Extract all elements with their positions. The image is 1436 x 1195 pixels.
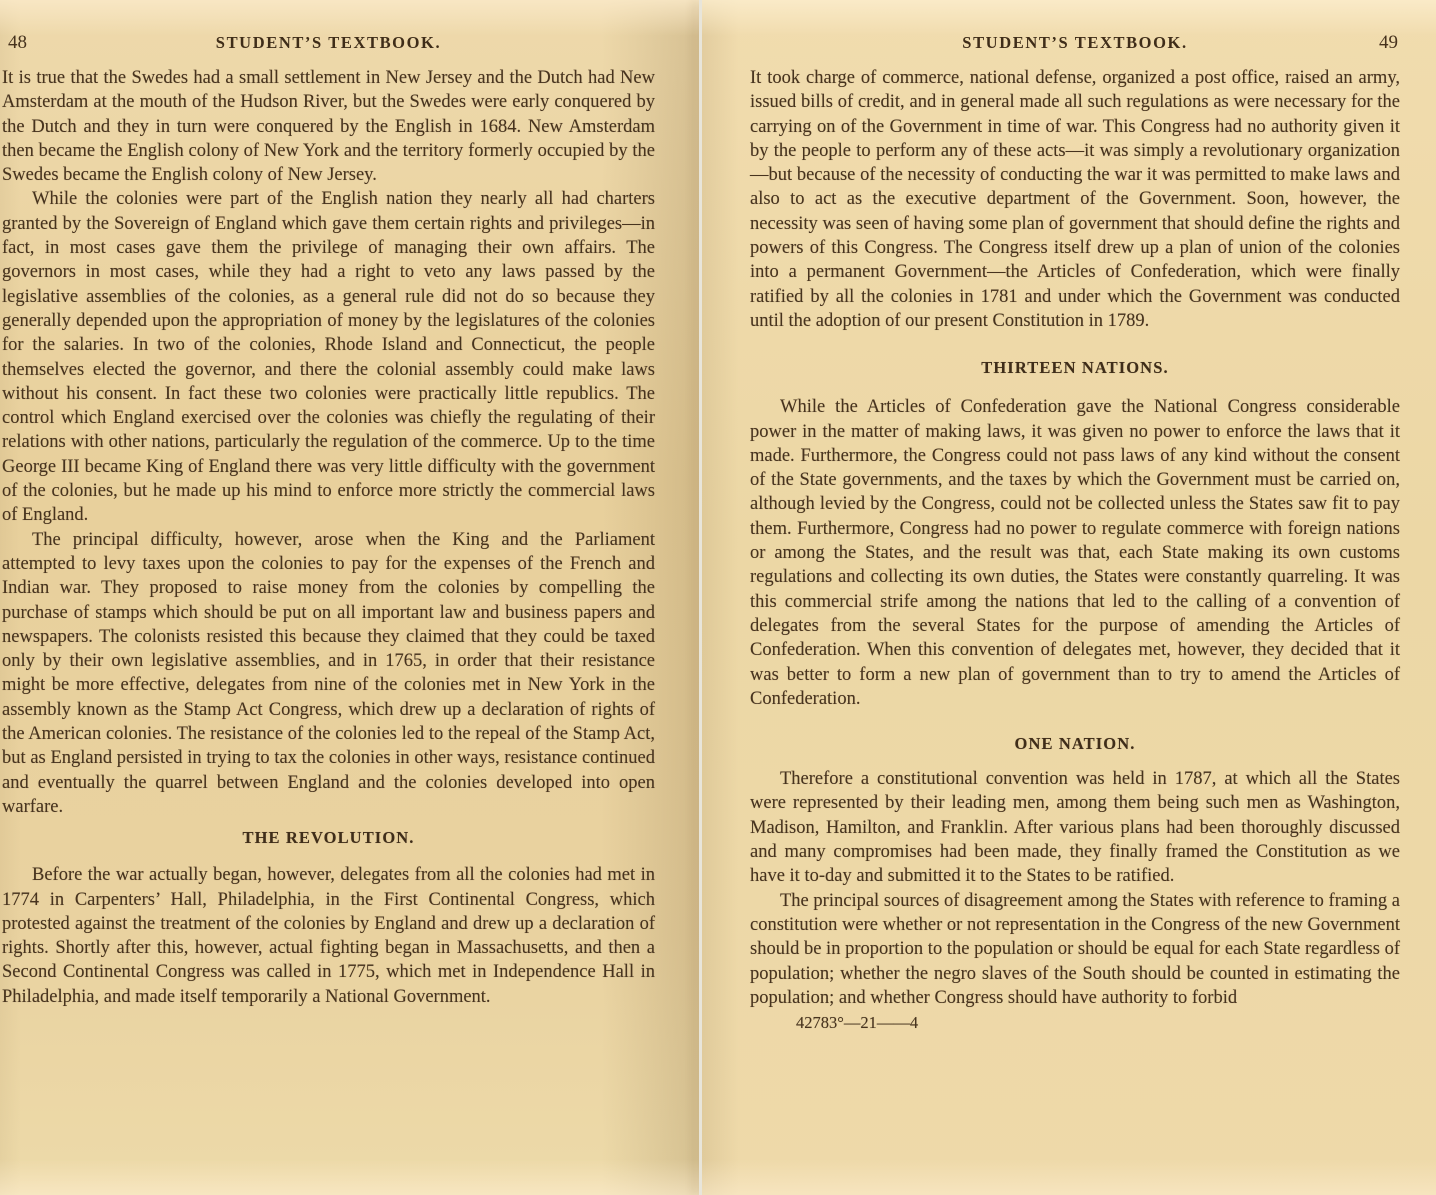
page-49-body: It took charge of commerce, national def… [750,66,1400,1033]
section-heading-revolution: THE REVOLUTION. [2,827,655,849]
page-48-body: It is true that the Swedes had a small s… [2,66,655,1009]
running-head-right: STUDENT’S TEXTBOOK. [750,32,1400,54]
paragraph: The principal sources of disagreement am… [750,889,1400,1010]
print-signature-mark: 42783°—21——4 [750,1013,1400,1033]
paragraph: The principal difficulty, however, arose… [2,528,655,820]
paragraph: Before the war actually began, however, … [2,863,655,1009]
page-48-header: 48 STUDENT’S TEXTBOOK. [2,32,655,54]
section-heading-thirteen-nations: THIRTEEN NATIONS. [750,357,1400,379]
paragraph: It is true that the Swedes had a small s… [2,66,655,187]
paragraph: While the Articles of Confederation gave… [750,395,1400,711]
page-number-right: 49 [1379,32,1398,54]
page-49: STUDENT’S TEXTBOOK. 49 It took charge of… [702,0,1436,1195]
running-head-left: STUDENT’S TEXTBOOK. [2,32,655,54]
page-49-header: STUDENT’S TEXTBOOK. 49 [750,32,1400,54]
page-number-left: 48 [8,32,27,54]
page-49-content: STUDENT’S TEXTBOOK. 49 It took charge of… [750,32,1400,1033]
page-48-content: 48 STUDENT’S TEXTBOOK. It is true that t… [2,32,655,1009]
paragraph: It took charge of commerce, national def… [750,66,1400,333]
section-heading-one-nation: ONE NATION. [750,733,1400,755]
paragraph: Therefore a constitutional convention wa… [750,767,1400,888]
paragraph: While the colonies were part of the Engl… [2,187,655,527]
page-48: 48 STUDENT’S TEXTBOOK. It is true that t… [0,0,699,1195]
book-scan: 48 STUDENT’S TEXTBOOK. It is true that t… [0,0,1436,1195]
